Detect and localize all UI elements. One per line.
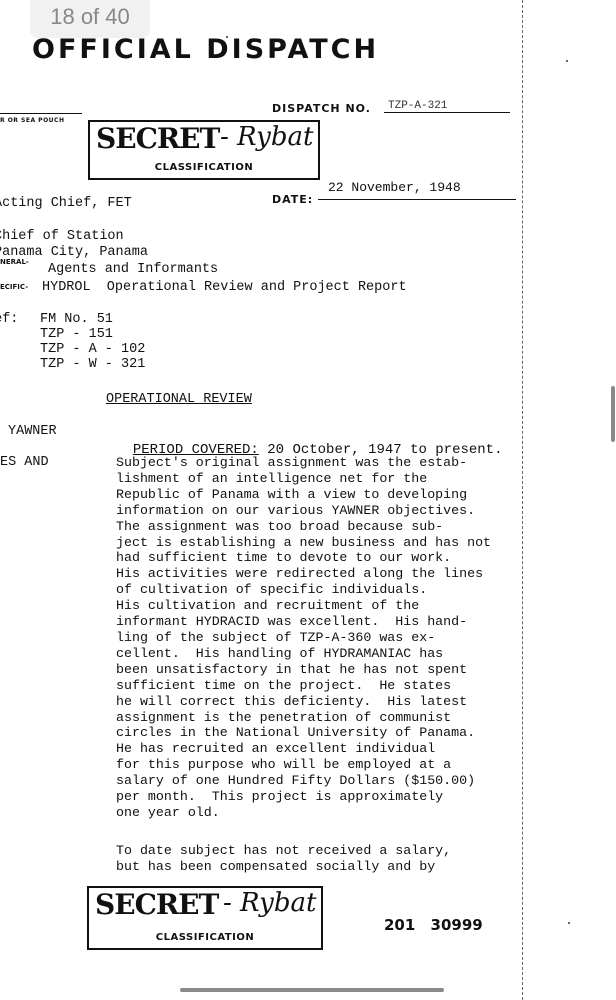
ref-item: FM No. 51	[40, 312, 113, 328]
ref-item: TZP - W - 321	[40, 357, 145, 373]
dispatch-no-value: TZP-A-321	[384, 100, 510, 113]
from-line-1: Chief of Station	[0, 229, 124, 245]
margin-label: ES AND	[0, 455, 49, 471]
subject-general-label: NERAL-	[0, 258, 29, 266]
date-value: 22 November, 1948	[318, 180, 516, 200]
classification-stamp-bottom: SECRET - Rybat CLASSIFICATION	[87, 886, 323, 950]
document-title: OFFICIAL DISPATCH	[32, 34, 379, 65]
classification-label: CLASSIFICATION	[90, 162, 318, 173]
secret-stamp: SECRET	[96, 122, 219, 155]
fold-line	[522, 0, 523, 1000]
page-indicator: 18 of 40	[30, 0, 150, 38]
speck	[226, 36, 228, 38]
body-paragraph-1: Subject's original assignment was the es…	[116, 455, 491, 821]
subject-general: Agents and Informants	[48, 262, 218, 278]
subject-specific-label: ECIFIC-	[0, 283, 28, 291]
speck	[566, 60, 568, 62]
handwritten-annotation: - Rybat	[220, 122, 313, 152]
handwritten-annotation: - Rybat	[223, 888, 316, 918]
ref-item: TZP - 151	[40, 327, 113, 343]
period-covered: PERIOD COVERED: 20 October, 1947 to pres…	[116, 426, 502, 458]
file-number: 201 30999	[384, 916, 483, 934]
subject-specific: HYDROL Operational Review and Project Re…	[42, 280, 407, 296]
margin-label: YAWNER	[8, 424, 57, 440]
ref-item: TZP - A - 102	[40, 342, 145, 358]
via-rule	[0, 113, 82, 114]
classification-stamp-top: SECRET - Rybat CLASSIFICATION	[88, 120, 320, 180]
date-label: DATE:	[272, 193, 313, 206]
body-paragraph-2: To date subject has not received a salar…	[116, 843, 451, 875]
secret-stamp: SECRET	[95, 888, 218, 921]
speck	[568, 922, 570, 924]
via-label: R OR SEA POUCH	[0, 117, 64, 124]
vertical-scrollbar[interactable]	[611, 386, 615, 442]
section-heading: OPERATIONAL REVIEW	[106, 392, 252, 408]
classification-label: CLASSIFICATION	[89, 932, 321, 943]
horizontal-scrollbar[interactable]	[180, 988, 444, 992]
to-line: Acting Chief, FET	[0, 196, 132, 212]
dispatch-no-label: DISPATCH NO.	[272, 102, 371, 115]
ref-label: Ref:	[0, 312, 18, 328]
